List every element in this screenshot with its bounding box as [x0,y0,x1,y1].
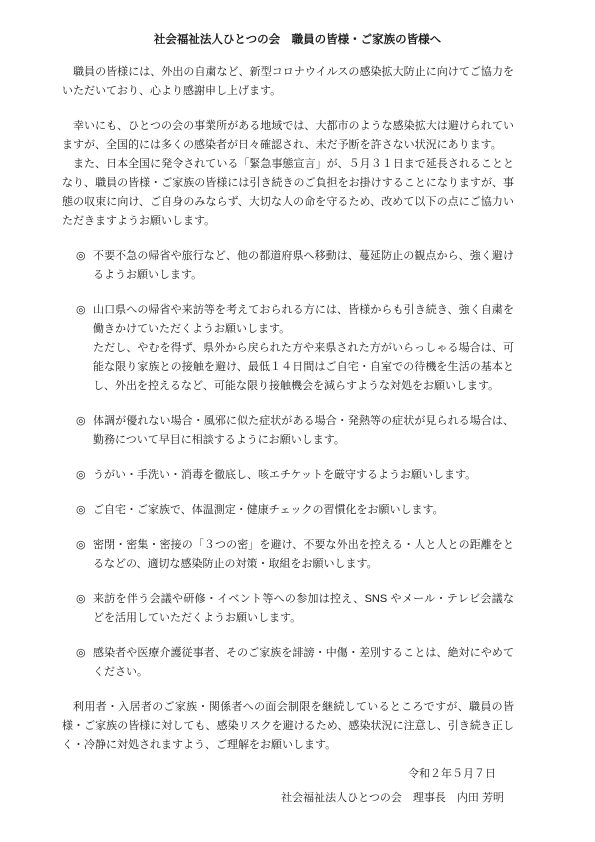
greeting-paragraph: 職員の皆様には、外出の自粛など、新型コロナウイルスの感染拡大防止に向けてご協力を… [62,63,514,101]
bullet-marker-icon: ◎ [76,466,93,485]
document-title: 社会福祉法人ひとつの会 職員の皆様・ご家族の皆様へ [0,31,595,50]
request-item-symptoms: ◎ 体調が優れない場合・風邪に似た症状がある場合・発熱等の症状が見られる場合は、… [62,412,514,450]
document-signature: 社会福祉法人ひとつの会 理事長 内田 芳明 [62,789,514,808]
document-page: 社会福祉法人ひとつの会 職員の皆様・ご家族の皆様へ 職員の皆様には、外出の自粛な… [0,0,595,842]
request-item-meetings: ◎ 来訪を伴う会議や研修・イベント等への参加は控え、SNS やメール・テレビ会議… [62,590,514,628]
situation-paragraph-1: 幸いにも、ひとつの会の事業所がある地域では、大都市のような感染拡大は避けられてい… [62,117,514,155]
bullet-marker-icon: ◎ [76,644,93,682]
bullet-marker-icon: ◎ [76,412,93,450]
bullet-marker-icon: ◎ [76,301,93,396]
request-item-body: 体調が優れない場合・風邪に似た症状がある場合・発熱等の症状が見られる場合は、勤務… [93,412,514,450]
request-item-no-discrimination: ◎ 感染者や医療介護従事者、そのご家族を誹謗・中傷・差別することは、絶対にやめて… [62,644,514,682]
bullet-marker-icon: ◎ [76,590,93,628]
bullet-marker-icon: ◎ [76,247,93,285]
closing-paragraph: 利用者・入居者のご家族・関係者への面会制限を継続しているところですが、職員の皆様… [62,698,514,755]
request-item-three-cs: ◎ 密閉・密集・密接の「３つの密」を避け、不要な外出を控える・人と人との距離をと… [62,536,514,574]
request-item-body: 来訪を伴う会議や研修・イベント等への参加は控え、SNS やメール・テレビ会議など… [93,590,514,628]
request-text: 体調が優れない場合・風邪に似た症状がある場合・発熱等の症状が見られる場合は、勤務… [93,412,514,450]
request-text: ご自宅・ご家族で、体温測定・健康チェックの習慣化をお願いします。 [93,501,514,520]
request-item-body: うがい・手洗い・消毒を徹底し、咳エチケットを厳守するようお願いします。 [93,466,514,485]
bullet-marker-icon: ◎ [76,501,93,520]
request-item-body: 密閉・密集・密接の「３つの密」を避け、不要な外出を控える・人と人との距離をとるな… [93,536,514,574]
request-item-travel: ◎ 不要不急の帰省や旅行など、他の都道府県へ移動は、蔓延防止の観点から、強く避け… [62,247,514,285]
request-text: 感染者や医療介護従事者、そのご家族を誹謗・中傷・差別することは、絶対にやめてくだ… [93,644,514,682]
request-item-body: 不要不急の帰省や旅行など、他の都道府県へ移動は、蔓延防止の観点から、強く避けるよ… [93,247,514,285]
situation-paragraph-2: また、日本全国に発令されている「緊急事態宣言」が、５月３１日まで延長されることと… [62,155,514,231]
document-date: 令和２年５月７日 [62,765,514,784]
request-item-body: 感染者や医療介護従事者、そのご家族を誹謗・中傷・差別することは、絶対にやめてくだ… [93,644,514,682]
request-item-hygiene: ◎ うがい・手洗い・消毒を徹底し、咳エチケットを厳守するようお願いします。 [62,466,514,485]
request-item-health-check: ◎ ご自宅・ご家族で、体温測定・健康チェックの習慣化をお願いします。 [62,501,514,520]
signature-block: 令和２年５月７日 社会福祉法人ひとつの会 理事長 内田 芳明 [62,765,514,808]
request-text: 来訪を伴う会議や研修・イベント等への参加は控え、SNS やメール・テレビ会議など… [93,590,514,628]
request-text: ただし、やむを得ず、県外から戻られた方や来県された方がいらっしゃる場合は、可能な… [93,339,514,396]
request-text: 山口県への帰省や来訪等を考えておられる方には、皆様からも引き続き、強く自粛を働き… [93,301,514,339]
bullet-marker-icon: ◎ [76,536,93,574]
request-item-body: 山口県への帰省や来訪等を考えておられる方には、皆様からも引き続き、強く自粛を働き… [93,301,514,396]
request-text: 不要不急の帰省や旅行など、他の都道府県へ移動は、蔓延防止の観点から、強く避けるよ… [93,247,514,285]
request-text: 密閉・密集・密接の「３つの密」を避け、不要な外出を控える・人と人との距離をとるな… [93,536,514,574]
request-item-visitors: ◎ 山口県への帰省や来訪等を考えておられる方には、皆様からも引き続き、強く自粛を… [62,301,514,396]
request-text: うがい・手洗い・消毒を徹底し、咳エチケットを厳守するようお願いします。 [93,466,514,485]
request-item-body: ご自宅・ご家族で、体温測定・健康チェックの習慣化をお願いします。 [93,501,514,520]
